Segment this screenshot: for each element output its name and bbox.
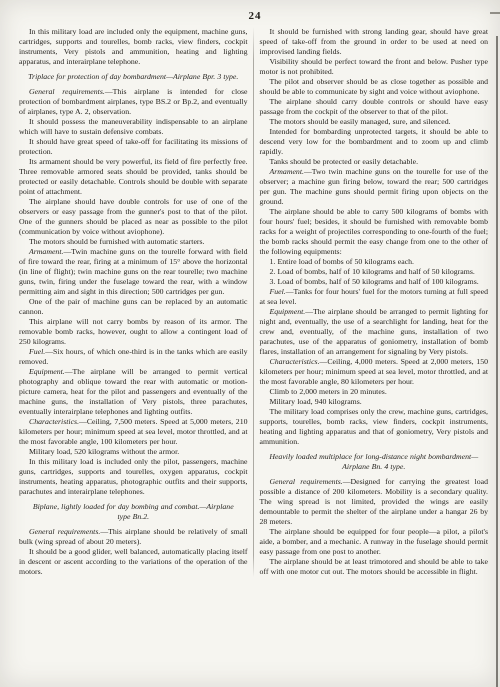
paragraph: Equipment.—The airplane should be arrang…: [260, 307, 489, 357]
paragraph: It should have great speed of take-off f…: [19, 137, 248, 157]
paragraph: Fuel.—Six hours, of which one-third is i…: [19, 347, 248, 367]
scan-edge-artifact: [496, 36, 498, 687]
paragraph: The motors should be furnished with auto…: [19, 237, 248, 247]
two-column-layout: In this military load are included only …: [0, 24, 500, 577]
column-divider-rule: [253, 27, 254, 577]
paragraph: In this military load are included only …: [19, 27, 248, 67]
paragraph: Fuel.—Tanks for four hours' fuel for the…: [260, 287, 489, 307]
paragraph: The motors should be easily managed, sur…: [260, 117, 489, 127]
paragraph-lead-label: General requirements.: [29, 87, 105, 96]
paragraph: In this military load is included only t…: [19, 457, 248, 497]
paragraph: The pilot and observer should be as clos…: [260, 77, 489, 97]
paragraph-lead-label: Armament.: [270, 167, 304, 176]
paragraph: Visibility should be perfect toward the …: [260, 57, 489, 77]
paragraph-lead-label: Fuel.: [29, 347, 45, 356]
paragraph: General requirements.—This airplane is i…: [19, 87, 248, 117]
paragraph: The airplane should be able to carry 500…: [260, 207, 489, 257]
paragraph: It should be a good glider, well balance…: [19, 547, 248, 577]
document-page: 24 In this military load are included on…: [0, 0, 500, 687]
paragraph-lead-label: Armament.: [29, 247, 63, 256]
paragraph-lead-label: Characteristics.: [270, 357, 320, 366]
paragraph: Climb to 2,000 meters in 20 minutes.: [260, 387, 489, 397]
paragraph: Equipment.—The airplane will be arranged…: [19, 367, 248, 417]
paragraph: One of the pair of machine guns can be r…: [19, 297, 248, 317]
paragraph-lead-label: Equipment.: [29, 367, 65, 376]
paragraph: 2. Load of bombs, half of 10 kilograms a…: [260, 267, 489, 277]
paragraph: Armament.—Twin machine guns on the toure…: [19, 247, 248, 297]
paragraph-lead-label: Characteristics.: [29, 417, 79, 426]
paragraph-lead-label: Fuel.: [270, 287, 286, 296]
paragraph: Tanks should be protected or easily deta…: [260, 157, 489, 167]
paragraph: Armament.—Two twin machine guns on the t…: [260, 167, 489, 207]
paragraph: This airplane will not carry bombs by re…: [19, 317, 248, 347]
paragraph: General requirements.—This airplane shou…: [19, 527, 248, 547]
paragraph: The airplane should be equipped for four…: [260, 527, 489, 557]
paragraph: Military load, 520 kilograms without the…: [19, 447, 248, 457]
paragraph: Its armament should be very powerful, it…: [19, 157, 248, 197]
paragraph: General requirements.—Designed for carry…: [260, 477, 489, 527]
paragraph: It should possess the maneuverability in…: [19, 117, 248, 137]
paragraph: 3. Load of bombs, half of 50 kilograms a…: [260, 277, 489, 287]
paragraph: The airplane should be at least trimotor…: [260, 557, 489, 577]
paragraph: Characteristics.—Ceiling, 7,500 meters. …: [19, 417, 248, 447]
paragraph: Military load, 940 kilograms.: [260, 397, 489, 407]
paragraph: The airplane should have double controls…: [19, 197, 248, 237]
paragraph-lead-label: Equipment.: [270, 307, 306, 316]
right-column: It should be furnished with strong landi…: [254, 27, 489, 577]
paragraph: Intended for bombarding unprotected targ…: [260, 127, 489, 157]
paragraph: Characteristics.—Ceiling, 4,000 meters. …: [260, 357, 489, 387]
paragraph-lead-label: General requirements.: [29, 527, 100, 536]
section-heading: Heavily loaded multiplace for long-dista…: [268, 452, 481, 472]
paragraph-lead-label: General requirements.: [270, 477, 343, 486]
paragraph: The airplane should carry double control…: [260, 97, 489, 117]
paragraph: It should be furnished with strong landi…: [260, 27, 489, 57]
paragraph: The military load comprises only the cre…: [260, 407, 489, 447]
section-heading: Triplace for protection of day bombardme…: [27, 72, 240, 82]
paragraph: 1. Entire load of bombs of 50 kilograms …: [260, 257, 489, 267]
scan-mark-artifact: [490, 12, 500, 14]
section-heading: Biplane, lightly loaded for day bombing …: [27, 502, 240, 522]
left-column: In this military load are included only …: [19, 27, 253, 577]
page-number: 24: [0, 0, 500, 24]
